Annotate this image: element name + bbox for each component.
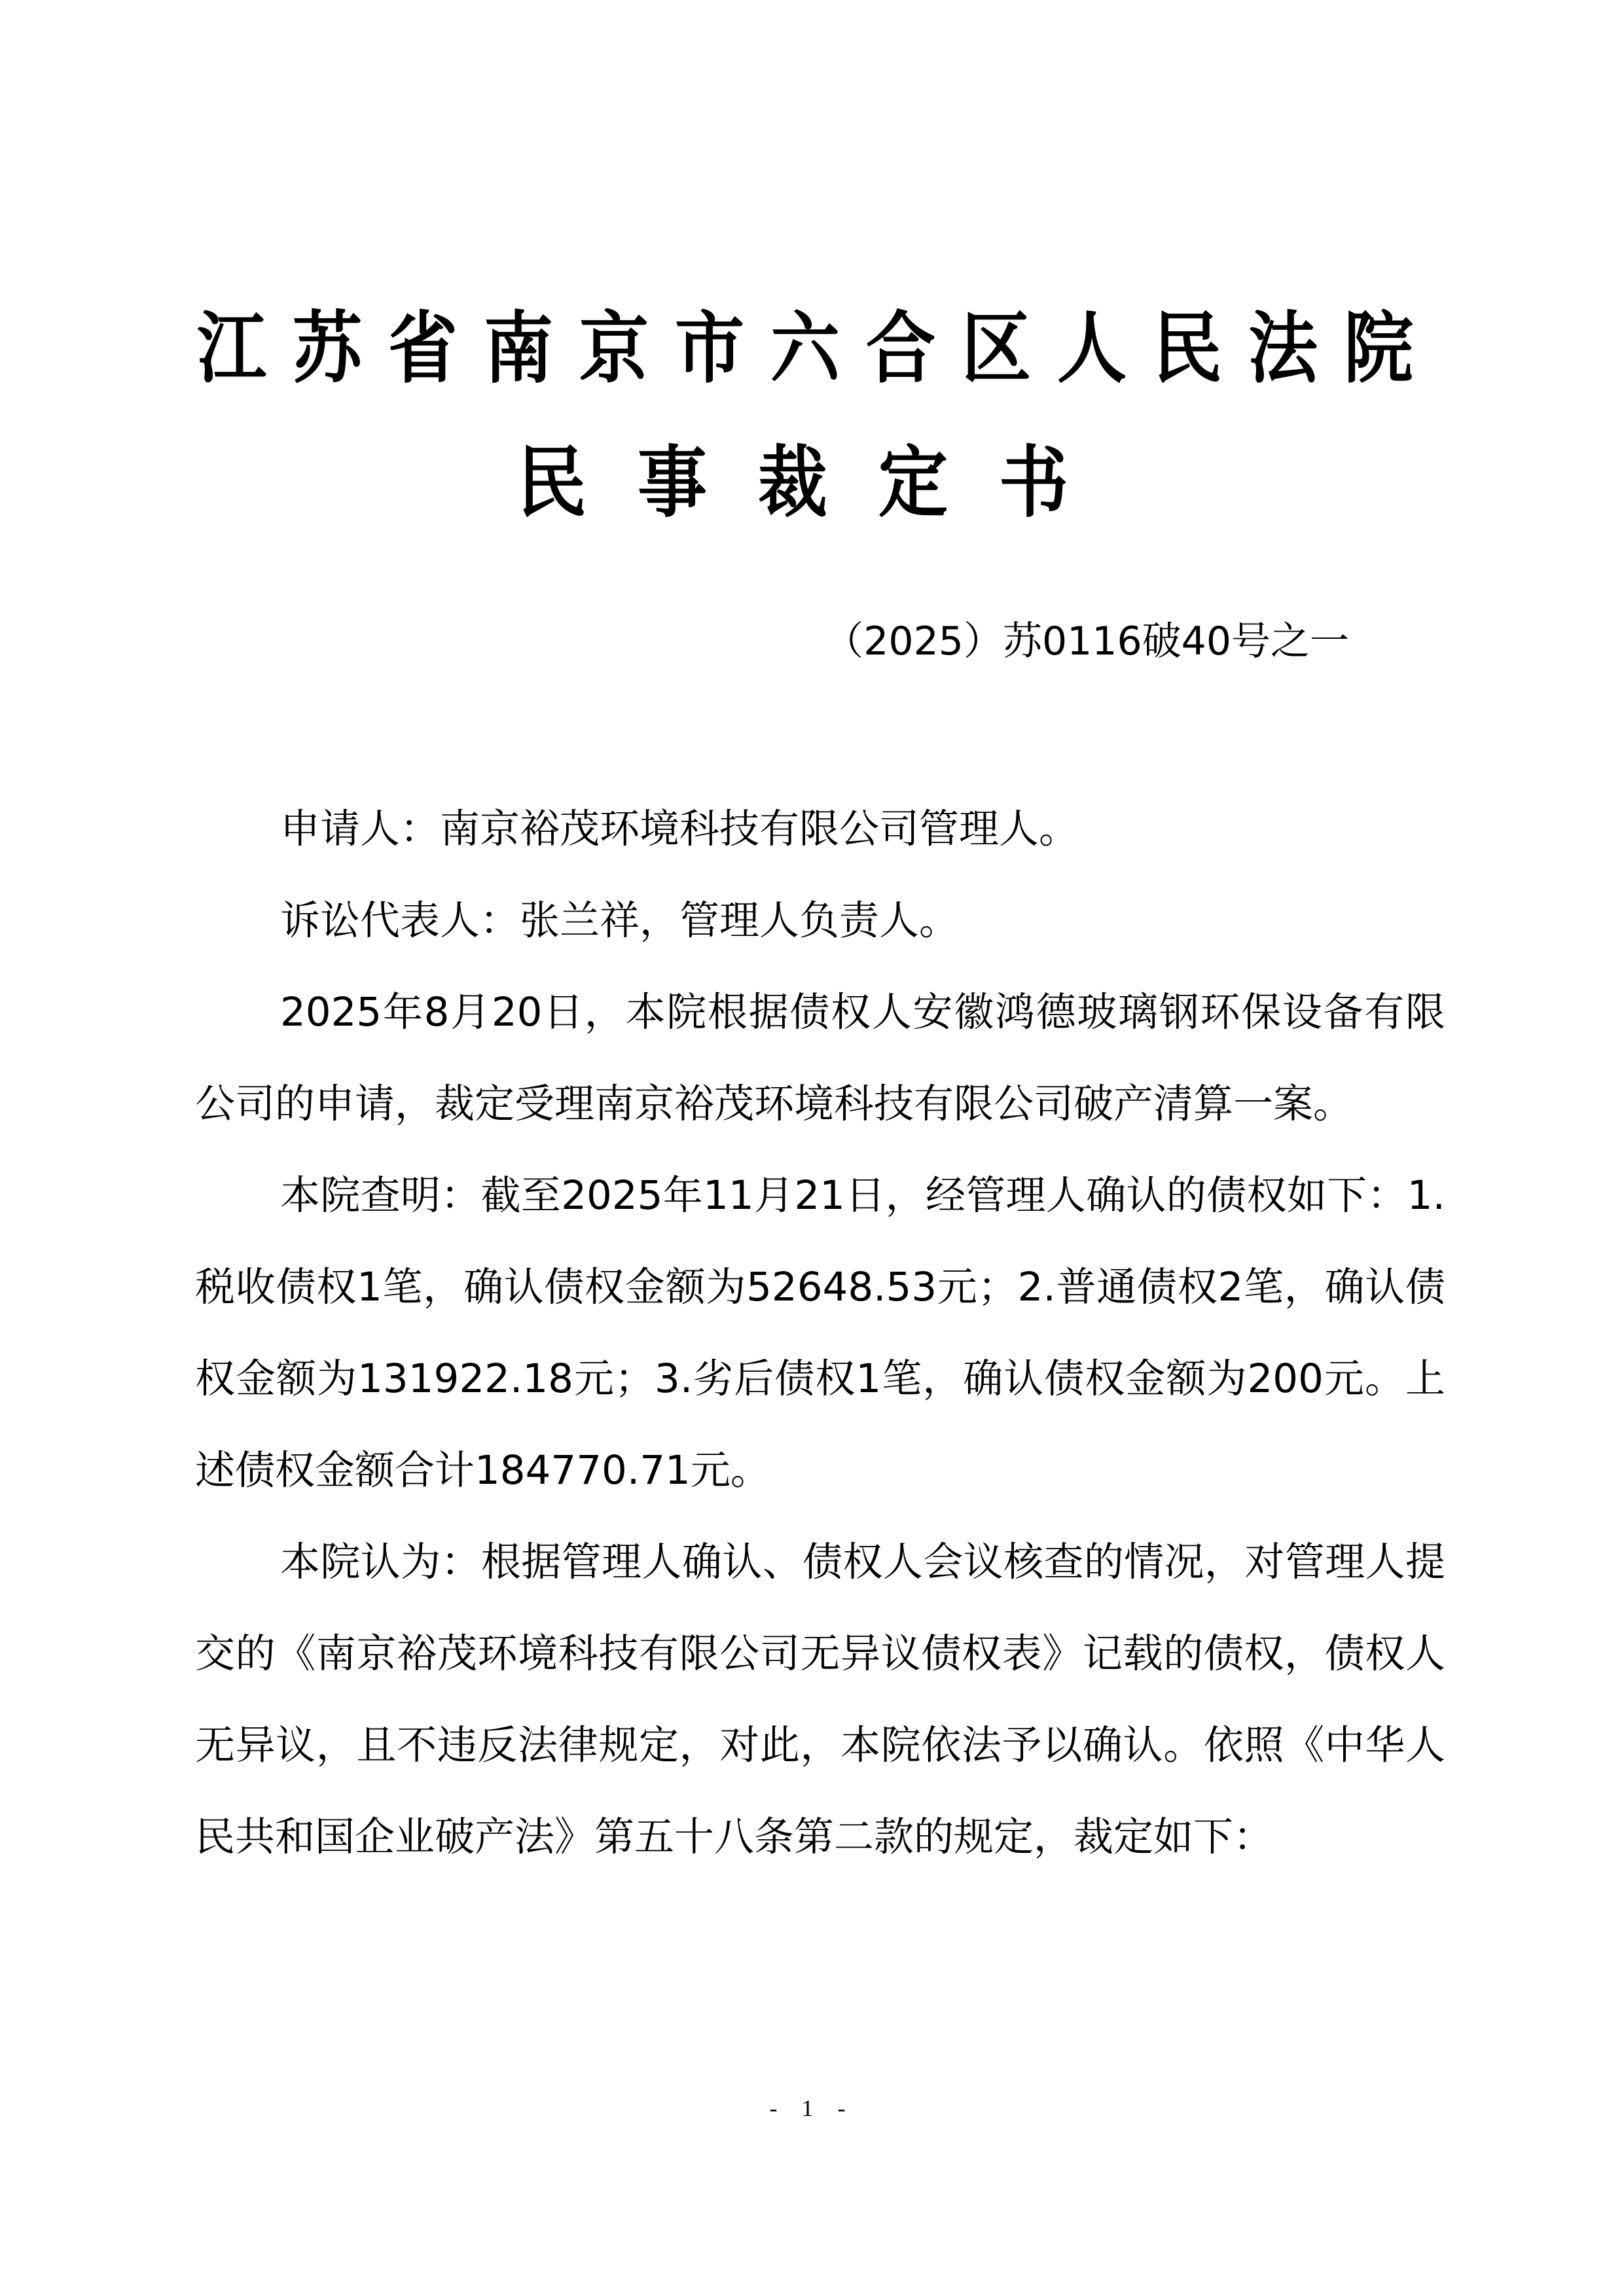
court-name-heading: 江苏省南京市六合区人民法院 [190,298,1447,401]
page-number: - 1 - [0,2094,1624,2122]
case-number: （2025）苏0116破40号之一 [824,615,1349,668]
paragraph-findings: 本院查明：截至2025年11月21日，经管理人确认的债权如下：1.税收债权1笔，… [195,1150,1445,1516]
paragraph-applicant: 申请人：南京裕茂环境科技有限公司管理人。 [195,783,1445,875]
paragraph-representative: 诉讼代表人：张兰祥，管理人负责人。 [195,875,1445,967]
document-body: 申请人：南京裕茂环境科技有限公司管理人。 诉讼代表人：张兰祥，管理人负责人。 2… [195,783,1445,1883]
document-type-heading: 民事裁定书 [190,432,1447,535]
document-page: 江苏省南京市六合区人民法院 民事裁定书 （2025）苏0116破40号之一 申请… [0,0,1624,2296]
paragraph-opinion: 本院认为：根据管理人确认、债权人会议核查的情况，对管理人提交的《南京裕茂环境科技… [195,1516,1445,1883]
paragraph-acceptance: 2025年8月20日，本院根据债权人安徽鸿德玻璃钢环保设备有限公司的申请，裁定受… [195,967,1445,1150]
